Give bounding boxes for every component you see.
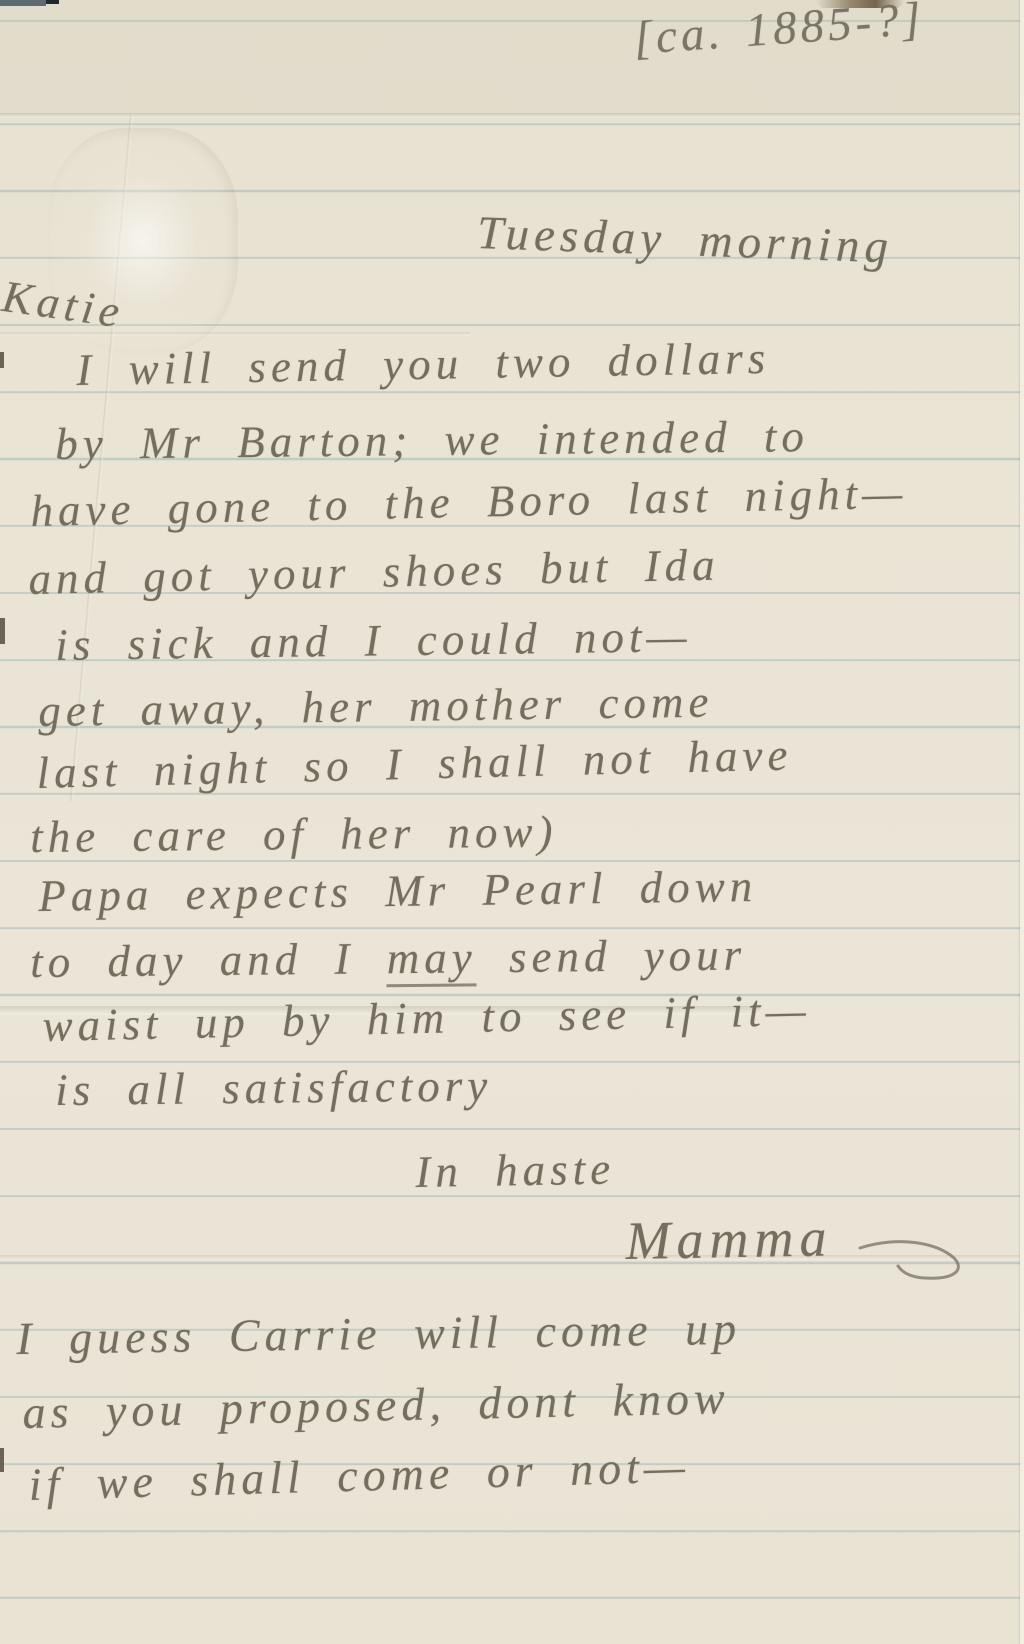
- scan-edge-artifact-gray: [0, 0, 46, 6]
- postscript-line-2: as you proposed, dont know: [22, 1373, 730, 1438]
- letter-line-10: to day and I may send your: [30, 931, 746, 988]
- signature-flourish: [858, 1232, 968, 1288]
- postscript-line-1: I guess Carrie will come up: [16, 1304, 741, 1365]
- letter-line-3: have gone to the Boro last night—: [30, 469, 908, 537]
- postscript-line-3: if we shall come or not—: [28, 1442, 690, 1511]
- letter-line-6: get away, her mother come: [38, 678, 714, 737]
- fold-crease-upper: [0, 332, 470, 336]
- letter-line-9: Papa expects Mr Pearl down: [38, 862, 758, 922]
- edge-speck: [0, 1448, 4, 1472]
- letter-line-4: and got your shoes but Ida: [28, 541, 720, 605]
- letter-line-1: I will send you two dollars: [76, 334, 771, 396]
- underlined-word-may: may: [386, 932, 477, 987]
- letter-line-10-post: send your: [476, 930, 746, 983]
- scan-edge-artifact-black: [46, 0, 59, 4]
- paper-right-edge: [1020, 0, 1024, 1644]
- letter-line-2: by Mr Barton; we intended to: [55, 412, 809, 469]
- date-line: Tuesday morning: [476, 208, 894, 274]
- edge-speck: [0, 352, 4, 368]
- closing-line: In haste: [415, 1145, 616, 1198]
- letter-line-11: waist up by him to see if it—: [42, 986, 811, 1052]
- letter-scan-page: [ca. 1885-?] Tuesday morning Katie I wil…: [0, 0, 1024, 1644]
- letter-line-8: the care of her now): [30, 807, 558, 862]
- salutation: Katie: [0, 272, 127, 338]
- signature: Mamma: [625, 1208, 833, 1271]
- letter-line-5: is sick and I could not—: [55, 612, 692, 670]
- letter-line-10-pre: to day and I: [30, 933, 387, 987]
- letter-line-12: is all satisfactory: [55, 1061, 493, 1115]
- letter-line-7: last night so I shall not have: [36, 731, 793, 799]
- edge-speck: [0, 618, 5, 644]
